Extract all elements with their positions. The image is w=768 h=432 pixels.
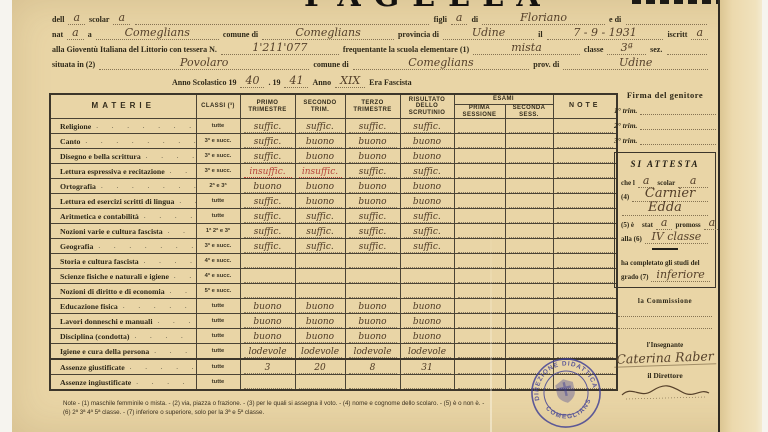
blank-line — [458, 345, 502, 358]
blank-line — [458, 180, 502, 193]
subject-cell: Nozioni varie e cultura fascista — [50, 224, 196, 239]
blank-line — [509, 225, 550, 238]
grade-cell: suffic. — [240, 134, 295, 149]
blank-line — [557, 120, 614, 133]
blank-line — [618, 317, 712, 329]
attestation-promoted: (5) èstatapromossa — [620, 216, 710, 230]
handwritten-entry: Udine — [443, 26, 534, 40]
classes-cell: tutte — [196, 299, 240, 314]
printed-label: frequentante la scuola elementare (1) — [341, 45, 471, 55]
handwritten-grade: buono — [349, 180, 397, 193]
blank-line — [640, 144, 716, 145]
printed-label: il — [536, 30, 544, 40]
blank-line — [458, 120, 502, 133]
footnotes: Note - (1) maschile femminile o mista. -… — [63, 399, 563, 417]
blank-line — [557, 300, 614, 313]
blank-line — [458, 255, 502, 268]
classes-cell: 4ª e succ. — [196, 254, 240, 269]
printed-label: provincia di — [396, 30, 441, 40]
handwritten-grade — [349, 376, 397, 389]
grade-cell — [345, 375, 400, 391]
blank-line — [557, 330, 614, 343]
handwritten-grade: suffic. — [244, 150, 292, 163]
handwritten-entry: mista — [473, 41, 580, 55]
table-row: Nozioni varie e cultura fascista1ª 2ª e … — [50, 224, 617, 239]
note-cell — [553, 194, 617, 209]
blank-line — [509, 210, 550, 223]
exam-cell — [505, 164, 553, 179]
classes-cell: tutte — [196, 314, 240, 329]
handwritten-grade: buono — [404, 150, 451, 163]
classes-cell: 2ª e 3ª — [196, 179, 240, 194]
handwritten-grade — [349, 255, 397, 268]
leader-dots — [141, 152, 196, 160]
blank-line — [557, 180, 614, 193]
leader-dots — [80, 137, 195, 145]
classes-cell: 4ª e succ. — [196, 269, 240, 284]
handwritten-entry: XIX — [335, 74, 365, 88]
printed-label: alla Gioventù Italiana del Littorio con … — [50, 45, 219, 55]
trimester-label: 2° trim. — [614, 121, 637, 130]
grade-cell — [240, 375, 295, 391]
printed-label: comune di — [311, 60, 350, 70]
handwritten-grade: 20 — [299, 361, 342, 374]
leader-dots — [93, 242, 195, 250]
exam-cell — [454, 344, 505, 360]
table-row: Scienze fisiche e naturali e igiene4ª e … — [50, 269, 617, 284]
printed-label: scolar — [87, 15, 111, 25]
classes-cell: 5ª e succ. — [196, 284, 240, 299]
table-row: Lettura espressiva e recitazione3ª e suc… — [50, 164, 617, 179]
handwritten-entry: a — [656, 216, 673, 230]
handwritten-grade — [349, 285, 397, 298]
blank-line — [509, 255, 550, 268]
printed-label: comune di — [221, 30, 260, 40]
blank-line — [458, 361, 502, 374]
handwritten-grade — [244, 270, 292, 283]
handwritten-grade: buono — [404, 135, 451, 148]
attestation-studies-completed: ha completato gli studi del — [620, 254, 710, 268]
grade-cell — [345, 269, 400, 284]
exam-cell — [454, 375, 505, 391]
note-cell — [553, 224, 617, 239]
classes-cell: tutte — [196, 209, 240, 224]
blank-line — [557, 240, 614, 253]
classes-cell: tutte — [196, 359, 240, 375]
leader-dots — [139, 212, 196, 220]
blank-line — [618, 305, 712, 317]
subject-cell: Storia e cultura fascista — [50, 254, 196, 269]
blank-line — [557, 195, 614, 208]
blank-line — [458, 135, 502, 148]
printed-label: Era Fascista — [367, 78, 413, 88]
director-title: il Direttore — [614, 371, 716, 380]
blank-line — [667, 54, 707, 55]
subject-label: Nozioni di diritto e di economia — [60, 287, 165, 296]
exam-cell — [454, 314, 505, 329]
handwritten-grade: suffic. — [349, 210, 397, 223]
handwritten-entry: 1'211'077 — [221, 41, 339, 55]
printed-label: promoss — [674, 221, 701, 230]
handwritten-entry: 3ª — [607, 41, 646, 55]
exam-cell — [454, 179, 505, 194]
exam-cell — [505, 269, 553, 284]
handwritten-grade: buono — [299, 330, 342, 343]
subject-label: Disciplina (condotta) — [60, 332, 130, 341]
exam-cell — [505, 179, 553, 194]
subject-cell: Lavori donneschi e manuali — [50, 314, 196, 329]
subject-cell: Igiene e cura della persona — [50, 344, 196, 360]
handwritten-grade — [299, 376, 342, 389]
handwritten-grade: lodevole — [349, 345, 397, 358]
handwritten-grade: buono — [299, 195, 342, 208]
grades-table: MATERIE CLASSI (³) PRIMO TRIMESTRE SECON… — [49, 93, 618, 391]
blank-line — [509, 180, 550, 193]
subject-label: Aritmetica e contabilità — [60, 212, 139, 221]
blank-line — [509, 120, 550, 133]
grade-cell — [240, 269, 295, 284]
handwritten-grade: buono — [349, 330, 397, 343]
classes-cell: tutte — [196, 375, 240, 391]
handwritten-entry: Comeglians — [262, 26, 394, 40]
header-line-student: dellascolarafigliadiFlorianoe di — [50, 10, 710, 25]
handwritten-grade: buono — [404, 195, 451, 208]
note-cell — [553, 164, 617, 179]
note-cell — [553, 284, 617, 299]
classes-cell: tutte — [196, 344, 240, 360]
subject-label: Nozioni varie e cultura fascista — [60, 227, 163, 236]
handwritten-grade: buono — [349, 135, 397, 148]
divider — [652, 248, 678, 250]
exam-cell — [505, 194, 553, 209]
handwritten-grade: suffic. — [244, 195, 292, 208]
note-cell — [553, 239, 617, 254]
table-row: Ortografia2ª e 3ªbuonobuonobuonobuono — [50, 179, 617, 194]
blank-line — [557, 270, 614, 283]
subject-label: Assenze ingiustificate — [60, 378, 131, 387]
blank-line — [458, 240, 502, 253]
grade-cell: suffic. — [400, 164, 454, 179]
grade-cell: 31 — [400, 359, 454, 375]
parent-signature-row: 3° trim. — [614, 130, 716, 145]
printed-label: dell — [50, 15, 66, 25]
grade-cell: buono — [295, 134, 345, 149]
printed-label: situata in (2) — [50, 60, 97, 70]
handwritten-grade: buono — [299, 300, 342, 313]
exam-cell — [454, 269, 505, 284]
column-header-note: NOTE — [553, 94, 617, 119]
blank-line — [557, 255, 614, 268]
subject-cell: Lettura espressiva e recitazione — [50, 164, 196, 179]
director-signature — [618, 382, 713, 402]
column-header-terzo-trimestre: TERZO TRIMESTRE — [345, 94, 400, 119]
note-cell — [553, 299, 617, 314]
classes-cell: 1ª 2ª e 3ª — [196, 224, 240, 239]
printed-label: e di — [607, 15, 623, 25]
handwritten-grade: buono — [299, 135, 342, 148]
printed-label: sez. — [648, 45, 664, 55]
grade-cell: suffic. — [295, 119, 345, 134]
handwritten-entry: inferiore — [651, 268, 709, 282]
commission-box: la Commissione — [614, 297, 716, 329]
grade-cell: lodevole — [295, 344, 345, 360]
handwritten-grade: buono — [244, 180, 292, 193]
exam-cell — [505, 299, 553, 314]
subject-cell: Canto — [50, 134, 196, 149]
handwritten-entry: a — [68, 11, 85, 25]
paper-crease — [490, 220, 492, 432]
handwritten-grade: suffic. — [404, 120, 451, 133]
handwritten-grade: buono — [349, 195, 397, 208]
printed-label: Anno Scolastico 19 — [170, 78, 238, 88]
note-cell — [553, 329, 617, 344]
handwritten-entry: a — [691, 26, 708, 40]
printed-label: classe — [582, 45, 606, 55]
classes-cell: 3ª e succ. — [196, 164, 240, 179]
handwritten-grade: buono — [244, 330, 292, 343]
classes-cell: 3ª e succ. — [196, 239, 240, 254]
subject-cell: Geografia — [50, 239, 196, 254]
subject-cell: Religione — [50, 119, 196, 134]
leader-dots — [91, 122, 195, 130]
grade-cell: buono — [295, 194, 345, 209]
table-row: Disegno e bella scrittura3ª e succ.suffi… — [50, 149, 617, 164]
handwritten-grade — [299, 255, 342, 268]
exam-cell — [454, 239, 505, 254]
handwritten-grade: suffic. — [349, 165, 397, 178]
handwritten-grade: lodevole — [404, 345, 451, 358]
exam-cell — [505, 239, 553, 254]
grade-cell: buono — [295, 149, 345, 164]
blank-line — [458, 376, 502, 389]
attestation-firstname: Edda — [620, 202, 710, 216]
footnote-line-2: (6) 2ª 3ª 4ª 5ª classe. - (7) inferiore … — [63, 408, 563, 417]
blank-line — [557, 285, 614, 298]
blank-line — [509, 285, 550, 298]
grade-cell — [295, 284, 345, 299]
handwritten-grade: buono — [244, 300, 292, 313]
leader-dots — [163, 227, 196, 235]
exam-cell — [454, 134, 505, 149]
subject-label: Religione — [60, 122, 91, 131]
subject-cell: Disegno e bella scrittura — [50, 149, 196, 164]
blank-line — [458, 195, 502, 208]
blank-line — [458, 225, 502, 238]
blank-line — [458, 270, 502, 283]
leader-dots — [169, 272, 196, 280]
subject-label: Ortografia — [60, 182, 96, 191]
blank-line — [458, 330, 502, 343]
printed-label: figli — [432, 15, 449, 25]
handwritten-grade: buono — [244, 315, 292, 328]
printed-label: di — [469, 15, 480, 25]
exam-cell — [505, 149, 553, 164]
grade-cell: buono — [295, 299, 345, 314]
blank-line — [557, 135, 614, 148]
parent-signature-row: 2° trim. — [614, 115, 716, 130]
handwritten-entry: IV classe — [645, 230, 708, 244]
blank-line — [640, 129, 716, 130]
column-header-secondo-trimestre: SECONDO TRIM. — [295, 94, 345, 119]
handwritten-grade: buono — [299, 150, 342, 163]
grade-cell: lodevole — [400, 344, 454, 360]
grade-cell — [295, 269, 345, 284]
column-header-prima-sessione: PRIMA SESSIONE — [454, 105, 505, 119]
handwritten-entry: Floriano — [482, 11, 605, 25]
header-line-tessera: alla Gioventù Italiana del Littorio con … — [50, 40, 710, 55]
handwritten-grade — [404, 285, 451, 298]
grade-cell: suffic. — [345, 164, 400, 179]
handwritten-entry: a — [113, 11, 130, 25]
exam-cell — [454, 209, 505, 224]
note-cell — [553, 119, 617, 134]
exam-cell — [505, 329, 553, 344]
header-line-school-location: situata in (2)Povolarocomune diComeglian… — [50, 55, 710, 70]
printed-label: nat — [50, 30, 65, 40]
handwritten-grade: buono — [299, 180, 342, 193]
grade-cell: buono — [240, 179, 295, 194]
blank-line — [458, 150, 502, 163]
column-header-risultato-scrutinio: RISULTATO DELLO SCRUTINIO — [400, 94, 454, 119]
grade-cell: insuffic. — [240, 164, 295, 179]
teacher-box: l'Insegnante Caterina Raber — [614, 341, 716, 366]
exam-cell — [454, 284, 505, 299]
grade-cell: buono — [295, 329, 345, 344]
handwritten-grade: suffic. — [404, 165, 451, 178]
grade-cell: suffic. — [400, 209, 454, 224]
handwritten-grade — [244, 255, 292, 268]
exam-cell — [505, 314, 553, 329]
grade-cell: buono — [400, 149, 454, 164]
handwritten-grade — [299, 285, 342, 298]
grade-cell — [240, 284, 295, 299]
subject-label: Assenze giustificate — [60, 363, 125, 372]
grade-cell: buono — [345, 329, 400, 344]
column-header-materie: MATERIE — [50, 94, 196, 119]
exam-cell — [505, 134, 553, 149]
handwritten-entry: Edda — [622, 200, 708, 216]
leader-dots — [174, 197, 195, 205]
note-cell — [553, 149, 617, 164]
trimester-label: 1° trim. — [614, 106, 637, 115]
handwritten-grade: buono — [349, 300, 397, 313]
grade-cell: suffic. — [295, 224, 345, 239]
column-header-seconda-sessione: SECONDA SESS. — [505, 105, 553, 119]
exam-cell — [454, 299, 505, 314]
handwritten-grade: buono — [299, 315, 342, 328]
stamp-emblem — [554, 377, 577, 404]
blank-line — [557, 315, 614, 328]
handwritten-grade: suffic. — [299, 210, 342, 223]
grade-cell — [295, 254, 345, 269]
handwritten-grade: suffic. — [299, 120, 342, 133]
grade-cell: buono — [400, 179, 454, 194]
leader-dots — [125, 363, 196, 371]
grade-cell: suffic. — [345, 209, 400, 224]
handwritten-grade: suffic. — [349, 225, 397, 238]
handwritten-grade: suffic. — [244, 240, 292, 253]
handwritten-grade: suffic. — [404, 240, 451, 253]
printed-label: ha completato gli studi del — [620, 259, 701, 268]
grade-cell — [345, 254, 400, 269]
handwritten-grade: insuffic. — [244, 165, 292, 178]
printed-label: prov. di — [531, 60, 561, 70]
subject-label: Scienze fisiche e naturali e igiene — [60, 272, 169, 281]
teacher-signature: Caterina Raber — [614, 348, 716, 368]
footnote-line-1: Note - (1) maschile femminile o mista. -… — [63, 399, 563, 408]
exam-cell — [505, 284, 553, 299]
handwritten-grade — [404, 270, 451, 283]
exam-cell — [505, 209, 553, 224]
grade-cell: insuffic. — [295, 164, 345, 179]
exam-cell — [505, 254, 553, 269]
grade-cell: suffic. — [240, 239, 295, 254]
handwritten-grade: buono — [349, 150, 397, 163]
column-header-esami: ESAMI — [454, 94, 553, 105]
handwritten-grade: lodevole — [299, 345, 342, 358]
blank-line — [458, 315, 502, 328]
commission-title: la Commissione — [614, 297, 716, 305]
grade-cell: suffic. — [345, 239, 400, 254]
grade-cell: suffic. — [240, 149, 295, 164]
handwritten-grade: 8 — [349, 361, 397, 374]
grade-cell: suffic. — [295, 209, 345, 224]
classes-cell: 3ª e succ. — [196, 134, 240, 149]
grade-cell: buono — [345, 134, 400, 149]
parent-signature-box: Firma del genitore 1° trim.2° trim.3° tr… — [614, 90, 716, 145]
blank-line — [557, 165, 614, 178]
note-cell — [553, 314, 617, 329]
handwritten-grade: suffic. — [404, 225, 451, 238]
subject-cell: Nozioni di diritto e di economia — [50, 284, 196, 299]
subject-cell: Scienze fisiche e naturali e igiene — [50, 269, 196, 284]
blank-line — [509, 315, 550, 328]
handwritten-entry: Povolaro — [99, 56, 309, 70]
grade-cell: suffic. — [295, 239, 345, 254]
grade-cell: suffic. — [240, 209, 295, 224]
blank-line — [509, 330, 550, 343]
leader-dots — [149, 347, 195, 355]
grade-cell: buono — [240, 329, 295, 344]
handwritten-grade: suffic. — [349, 120, 397, 133]
handwritten-grade — [299, 270, 342, 283]
blank-line — [557, 225, 614, 238]
table-row: Lavori donneschi e manualituttebuonobuon… — [50, 314, 617, 329]
handwritten-entry: 41 — [284, 74, 308, 88]
exam-cell — [505, 224, 553, 239]
director-box: il Direttore — [614, 371, 716, 402]
attestation-box: SI ATTESTA che lascolara (4)Carnier Edda… — [614, 152, 716, 288]
grade-cell: buono — [400, 329, 454, 344]
table-row: Nozioni di diritto e di economia5ª e suc… — [50, 284, 617, 299]
handwritten-grade — [404, 255, 451, 268]
school-direction-stamp: DIREZIONE DIDATTICA COMEGLIANS — [520, 351, 612, 432]
parent-signature-title: Firma del genitore — [614, 90, 716, 100]
leader-dots — [165, 167, 196, 175]
blank-line — [458, 285, 502, 298]
exam-cell — [454, 359, 505, 375]
grade-cell: suffic. — [345, 119, 400, 134]
handwritten-grade — [244, 285, 292, 298]
handwritten-grade: lodevole — [244, 345, 292, 358]
exam-cell — [454, 149, 505, 164]
exam-cell — [454, 224, 505, 239]
grade-cell: buono — [400, 134, 454, 149]
grade-cell — [345, 284, 400, 299]
grade-cell: suffic. — [240, 119, 295, 134]
grade-cell: 20 — [295, 359, 345, 375]
classes-cell: tutte — [196, 194, 240, 209]
